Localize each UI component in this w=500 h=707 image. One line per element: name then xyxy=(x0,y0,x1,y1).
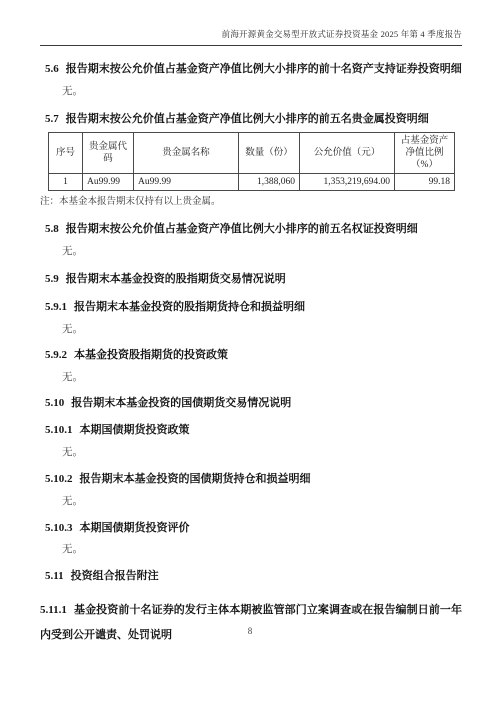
section-body-5-9-1: 无。 xyxy=(40,323,462,336)
section-body-5-10-1: 无。 xyxy=(40,446,462,459)
section-body-5-8: 无。 xyxy=(40,245,462,258)
header-cell-nav-ratio: 占基金资产净值比例（%） xyxy=(395,133,455,174)
section-title: 本期国债期货投资评价 xyxy=(80,522,190,534)
header-cell-metal-code: 贵金属代码 xyxy=(83,133,134,174)
page-number: 8 xyxy=(0,626,500,636)
section-heading-5-8: 5.8报告期末按公允价值占基金资产净值比例大小排序的前五名权证投资明细 xyxy=(40,222,462,236)
section-title: 报告期末按公允价值占基金资产净值比例大小排序的前五名权证投资明细 xyxy=(66,223,418,235)
table-row: 1 Au99.99 Au99.99 1,388,060 1,353,219,69… xyxy=(49,174,455,191)
precious-metals-table: 序号 贵金属代码 贵金属名称 数量（份） 公允价值（元） 占基金资产净值比例（%… xyxy=(48,132,455,191)
section-number: 5.9.1 xyxy=(45,300,67,314)
section-title: 报告期末按公允价值占基金资产净值比例大小排序的前五名贵金属投资明细 xyxy=(66,113,429,125)
section-title: 报告期末本基金投资的股指期货持仓和损益明细 xyxy=(74,301,305,313)
section-number: 5.8 xyxy=(45,222,59,236)
section-heading-5-9: 5.9报告期末本基金投资的股指期货交易情况说明 xyxy=(40,272,462,286)
section-heading-5-6: 5.6报告期末按公允价值占基金资产净值比例大小排序的前十名资产支持证券投资明细 xyxy=(40,62,462,76)
cell-serial: 1 xyxy=(49,174,83,191)
section-number: 5.10.3 xyxy=(45,521,73,535)
section-number: 5.7 xyxy=(45,112,59,126)
header-cell-quantity: 数量（份） xyxy=(239,133,300,174)
section-body-5-9-2: 无。 xyxy=(40,371,462,384)
section-number: 5.9 xyxy=(45,272,59,286)
section-heading-5-7: 5.7报告期末按公允价值占基金资产净值比例大小排序的前五名贵金属投资明细 xyxy=(40,112,462,126)
section-heading-5-10-2: 5.10.2报告期末本基金投资的国债期货持仓和损益明细 xyxy=(40,472,462,486)
section-title: 报告期末本基金投资的股指期货交易情况说明 xyxy=(66,273,286,285)
section-heading-5-11: 5.11投资组合报告附注 xyxy=(40,569,462,583)
section-heading-5-9-1: 5.9.1报告期末本基金投资的股指期货持仓和损益明细 xyxy=(40,300,462,314)
header-cell-serial: 序号 xyxy=(49,133,83,174)
section-body-5-6: 无。 xyxy=(40,85,462,98)
section-number: 5.10.2 xyxy=(45,472,73,486)
report-header: 前海开源黄金交易型开放式证券投资基金 2025 年第 4 季度报告 xyxy=(40,28,462,46)
cell-quantity: 1,388,060 xyxy=(239,174,300,191)
section-heading-5-10: 5.10报告期末本基金投资的国债期货交易情况说明 xyxy=(40,396,462,410)
section-number: 5.6 xyxy=(45,62,59,76)
section-number: 5.9.2 xyxy=(45,348,67,362)
header-cell-metal-name: 贵金属名称 xyxy=(134,133,239,174)
cell-metal-name: Au99.99 xyxy=(134,174,239,191)
cell-metal-code: Au99.99 xyxy=(83,174,134,191)
section-body-5-10-2: 无。 xyxy=(40,495,462,508)
section-number: 5.11 xyxy=(45,569,64,583)
section-title: 投资组合报告附注 xyxy=(71,570,159,582)
report-page: 前海开源黄金交易型开放式证券投资基金 2025 年第 4 季度报告 5.6报告期… xyxy=(0,0,500,707)
section-heading-5-11-1: 5.11.1基金投资前十名证券的发行主体本期被监管部门立案调查或在报告编制日前一… xyxy=(40,598,462,648)
section-number: 5.11.1 xyxy=(40,598,67,623)
table-header-row: 序号 贵金属代码 贵金属名称 数量（份） 公允价值（元） 占基金资产净值比例（%… xyxy=(49,133,455,174)
report-header-title: 前海开源黄金交易型开放式证券投资基金 2025 年第 4 季度报告 xyxy=(222,29,462,39)
section-heading-5-10-3: 5.10.3本期国债期货投资评价 xyxy=(40,521,462,535)
section-title: 本期国债期货投资政策 xyxy=(80,424,190,436)
page-content: 前海开源黄金交易型开放式证券投资基金 2025 年第 4 季度报告 5.6报告期… xyxy=(0,0,500,648)
section-heading-5-9-2: 5.9.2本基金投资股指期货的投资政策 xyxy=(40,348,462,362)
header-cell-fair-value: 公允价值（元） xyxy=(300,133,395,174)
section-number: 5.10 xyxy=(45,396,64,410)
section-title: 报告期末本基金投资的国债期货持仓和损益明细 xyxy=(80,473,311,485)
cell-fair-value: 1,353,219,694.00 xyxy=(300,174,395,191)
section-title: 报告期末按公允价值占基金资产净值比例大小排序的前十名资产支持证券投资明细 xyxy=(66,63,462,75)
section-title: 报告期末本基金投资的国债期货交易情况说明 xyxy=(71,397,291,409)
section-body-5-10-3: 无。 xyxy=(40,543,462,556)
section-heading-5-10-1: 5.10.1本期国债期货投资政策 xyxy=(40,423,462,437)
cell-nav-ratio: 99.18 xyxy=(395,174,455,191)
section-number: 5.10.1 xyxy=(45,423,73,437)
section-title: 本基金投资股指期货的投资政策 xyxy=(74,349,228,361)
table-note: 注：本基金本报告期末仅持有以上贵金属。 xyxy=(40,196,462,208)
